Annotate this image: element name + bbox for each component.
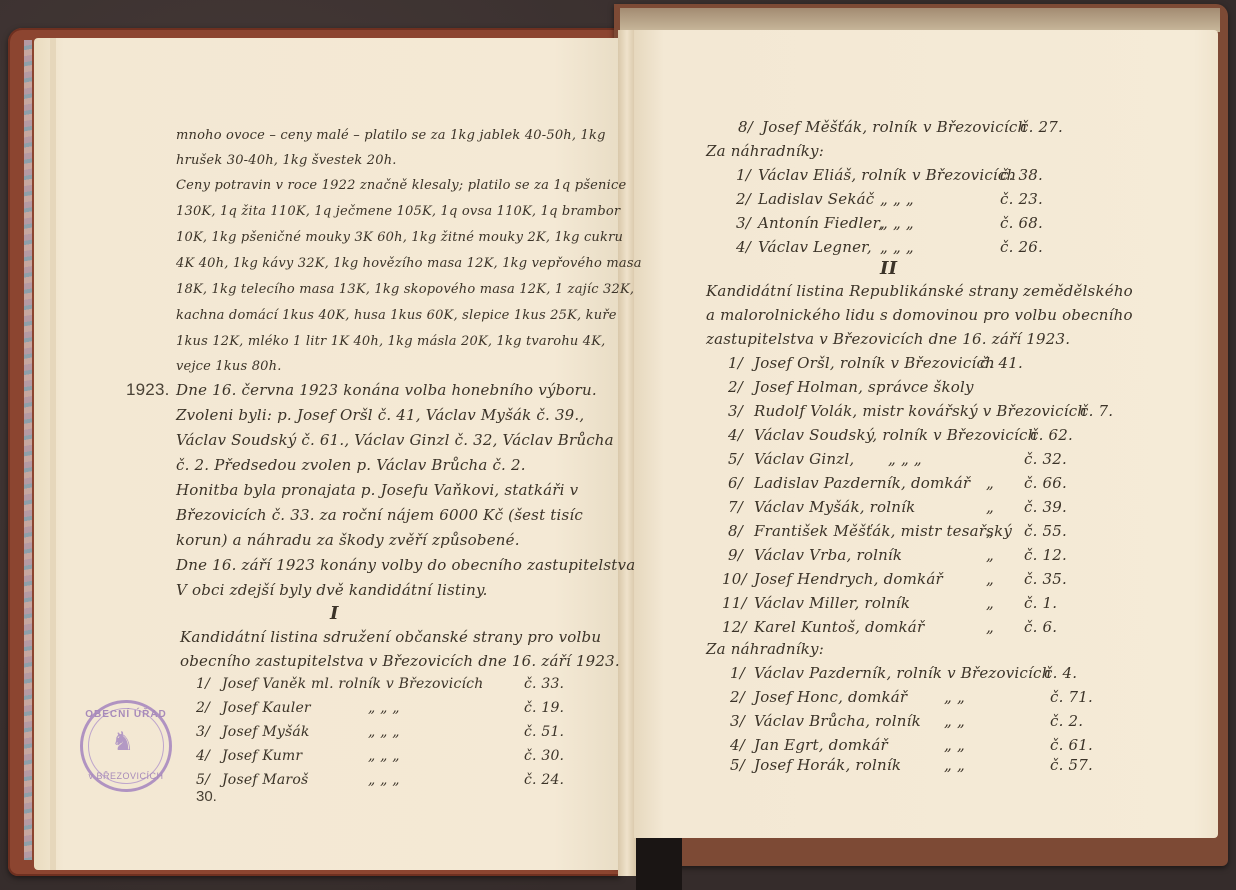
item-ditto: „ „ „ xyxy=(368,724,400,740)
item-number: 5/ xyxy=(196,772,210,788)
item-house: č. 30. xyxy=(524,748,564,764)
text-line: Dne 16. září 1923 konány volby do obecní… xyxy=(176,556,635,574)
item-house: č. 66. xyxy=(1024,474,1067,492)
margin-year: 1923. xyxy=(126,380,170,400)
item-number: 8/ xyxy=(738,118,753,136)
item-name: Josef Honc, domkář xyxy=(754,688,907,706)
item-house: č. 41. xyxy=(980,354,1023,372)
item-ditto: „ „ xyxy=(944,712,965,730)
item-name: Josef Vaněk ml. rolník v Březovicích xyxy=(222,676,483,692)
item-name: Karel Kuntoš, domkář xyxy=(754,618,924,636)
text-line: Březovicích č. 33. za roční nájem 6000 K… xyxy=(176,506,583,524)
text-line: Ceny potravin v roce 1922 značně klesaly… xyxy=(176,178,626,193)
text-line: Honitba byla pronajata p. Josefu Vaňkovi… xyxy=(176,481,578,499)
text-line: Zvoleni byli: p. Josef Oršl č. 41, Václa… xyxy=(176,406,584,424)
item-name: Václav Legner, xyxy=(758,238,872,256)
item-house: č. 33. xyxy=(524,676,564,692)
gutter-shadow xyxy=(636,838,682,890)
text-line: 1kus 12K, mléko 1 litr 1K 40h, 1kg másla… xyxy=(176,334,606,349)
item-name: Václav Brůcha, rolník xyxy=(754,712,921,730)
item-house: č. 1. xyxy=(1024,594,1057,612)
item-name: Václav Pazderník, rolník v Březovicích xyxy=(754,664,1051,682)
item-name: Josef Horák, rolník xyxy=(754,756,901,774)
text-line: vejce 1kus 80h. xyxy=(176,359,282,374)
item-number: 4/ xyxy=(736,238,751,256)
text-line: V obci zdejší byly dvě kandidátní listin… xyxy=(176,581,488,599)
item-name: Josef Maroš xyxy=(222,772,308,788)
item-name: Josef Hendrych, domkář xyxy=(754,570,943,588)
page-block-top-edge xyxy=(620,8,1220,32)
item-number: 1/ xyxy=(196,676,210,692)
item-name: Josef Holman, správce školy xyxy=(754,378,974,396)
item-name: Ladislav Pazderník, domkář xyxy=(754,474,970,492)
item-house: č. 51. xyxy=(524,724,564,740)
item-house: č. 39. xyxy=(1024,498,1067,516)
item-name: Josef Kauler xyxy=(222,700,311,716)
item-ditto: „ „ „ xyxy=(368,772,400,788)
left-page-number: 30. xyxy=(196,788,217,805)
item-name: Václav Miller, rolník xyxy=(754,594,910,612)
item-number: 8/ xyxy=(728,522,743,540)
item-number: 1/ xyxy=(728,354,743,372)
item-house: č. 24. xyxy=(524,772,564,788)
item-ditto: „ „ xyxy=(944,756,965,774)
section-numeral-I: I xyxy=(330,603,339,624)
item-number: 2/ xyxy=(730,688,745,706)
page-fold xyxy=(50,38,56,870)
item-house: č. 61. xyxy=(1050,736,1093,754)
item-name: Václav Vrba, rolník xyxy=(754,546,902,564)
stamp-top-text: OBECNÍ ÚŘAD xyxy=(83,709,169,720)
item-name: Rudolf Volák, mistr kovářský v Březovicí… xyxy=(754,402,1087,420)
item-name: Josef Oršl, rolník v Březovicích xyxy=(754,354,995,372)
item-house: č. 32. xyxy=(1024,450,1067,468)
section-heading-line: Kandidátní listina Republikánské strany … xyxy=(706,282,1133,300)
item-number: 11/ xyxy=(722,594,747,612)
section-heading-line: zastupitelstva v Březovicích dne 16. zář… xyxy=(706,330,1070,348)
item-ditto: „ „ „ xyxy=(880,214,914,232)
text-line: č. 2. Předsedou zvolen p. Václav Brůcha … xyxy=(176,456,526,474)
text-line: 130K, 1q žita 110K, 1q ječmene 105K, 1q … xyxy=(176,204,620,219)
text-line: mnoho ovoce – ceny malé – platilo se za … xyxy=(176,128,606,143)
item-name: Josef Měšťák, rolník v Březovicích xyxy=(762,118,1027,136)
item-number: 4/ xyxy=(196,748,210,764)
item-number: 5/ xyxy=(730,756,745,774)
text-line: hrušek 30-40h, 1kg švestek 20h. xyxy=(176,153,397,168)
item-house: č. 12. xyxy=(1024,546,1067,564)
item-number: 3/ xyxy=(196,724,210,740)
item-ditto: „ xyxy=(986,618,994,636)
section-heading-line: a malorolnického lidu s domovinou pro vo… xyxy=(706,306,1133,324)
official-stamp: OBECNÍ ÚŘAD ♞ v BŘEZOVICÍCH xyxy=(80,700,172,792)
item-name: Ladislav Sekáč xyxy=(758,190,874,208)
text-line: Dne 16. června 1923 konána volba honební… xyxy=(176,381,597,399)
substitutes-label: Za náhradníky: xyxy=(706,640,824,658)
item-number: 5/ xyxy=(728,450,743,468)
item-number: 6/ xyxy=(728,474,743,492)
item-house: č. 35. xyxy=(1024,570,1067,588)
text-line: 4K 40h, 1kg kávy 32K, 1kg hovězího masa … xyxy=(176,256,642,271)
item-house: č. 71. xyxy=(1050,688,1093,706)
item-number: 2/ xyxy=(196,700,210,716)
item-name: Antonín Fiedler, xyxy=(758,214,883,232)
item-house: č. 4. xyxy=(1044,664,1077,682)
item-ditto: „ „ „ xyxy=(368,748,400,764)
item-house: č. 38. xyxy=(1000,166,1043,184)
item-ditto: „ „ „ xyxy=(880,238,914,256)
item-house: č. 62. xyxy=(1030,426,1073,444)
item-number: 9/ xyxy=(728,546,743,564)
item-number: 4/ xyxy=(730,736,745,754)
item-number: 7/ xyxy=(728,498,743,516)
item-name: Josef Myšák xyxy=(222,724,310,740)
item-house: č. 68. xyxy=(1000,214,1043,232)
item-house: č. 7. xyxy=(1080,402,1113,420)
item-number: 2/ xyxy=(736,190,751,208)
item-house: č. 6. xyxy=(1024,618,1057,636)
item-name: Josef Kumr xyxy=(222,748,302,764)
item-ditto: „ xyxy=(986,546,994,564)
item-name: Václav Eliáš, rolník v Březovicích xyxy=(758,166,1016,184)
item-ditto: „ „ „ xyxy=(880,190,914,208)
item-house: č. 27. xyxy=(1020,118,1063,136)
section-heading-line: obecního zastupitelstva v Březovicích dn… xyxy=(180,652,620,670)
item-name: Václav Ginzl, xyxy=(754,450,854,468)
item-ditto: „ „ xyxy=(944,736,965,754)
marbled-endpaper-edge xyxy=(24,40,32,860)
item-house: č. 55. xyxy=(1024,522,1067,540)
item-ditto: „ „ „ xyxy=(368,700,400,716)
item-ditto: „ xyxy=(986,522,994,540)
item-ditto: „ xyxy=(986,594,994,612)
section-numeral-II: II xyxy=(880,258,897,279)
item-name: Václav Soudský, rolník v Březovicích xyxy=(754,426,1037,444)
item-number: 3/ xyxy=(736,214,751,232)
item-house: č. 19. xyxy=(524,700,564,716)
text-line: 18K, 1kg telecího masa 13K, 1kg skopovéh… xyxy=(176,282,634,297)
item-name: Jan Egrt, domkář xyxy=(754,736,888,754)
item-house: č. 26. xyxy=(1000,238,1043,256)
text-line: kachna domácí 1kus 40K, husa 1kus 60K, s… xyxy=(176,308,617,323)
stamp-bottom-text: v BŘEZOVICÍCH xyxy=(83,771,169,781)
item-ditto: „ „ „ xyxy=(888,450,922,468)
item-number: 3/ xyxy=(728,402,743,420)
item-ditto: „ xyxy=(986,570,994,588)
item-house: č. 57. xyxy=(1050,756,1093,774)
lion-icon: ♞ xyxy=(111,727,134,757)
item-house: č. 23. xyxy=(1000,190,1043,208)
item-name: František Měšťák, mistr tesařský xyxy=(754,522,1012,540)
item-number: 4/ xyxy=(728,426,743,444)
item-house: č. 2. xyxy=(1050,712,1083,730)
item-number: 1/ xyxy=(736,166,751,184)
item-ditto: „ xyxy=(986,474,994,492)
item-ditto: „ „ xyxy=(944,688,965,706)
item-number: 1/ xyxy=(730,664,745,682)
text-line: Václav Soudský č. 61., Václav Ginzl č. 3… xyxy=(176,431,614,449)
text-line: korun) a náhradu za škody zvěří způsoben… xyxy=(176,531,520,549)
item-number: 2/ xyxy=(728,378,743,396)
item-number: 10/ xyxy=(722,570,747,588)
section-heading-line: Kandidátní listina sdružení občanské str… xyxy=(180,628,601,646)
substitutes-label: Za náhradníky: xyxy=(706,142,824,160)
item-number: 3/ xyxy=(730,712,745,730)
item-name: Václav Myšák, rolník xyxy=(754,498,915,516)
text-line: 10K, 1kg pšeničné mouky 3K 60h, 1kg žitn… xyxy=(176,230,623,245)
item-ditto: „ xyxy=(986,498,994,516)
item-number: 12/ xyxy=(722,618,747,636)
